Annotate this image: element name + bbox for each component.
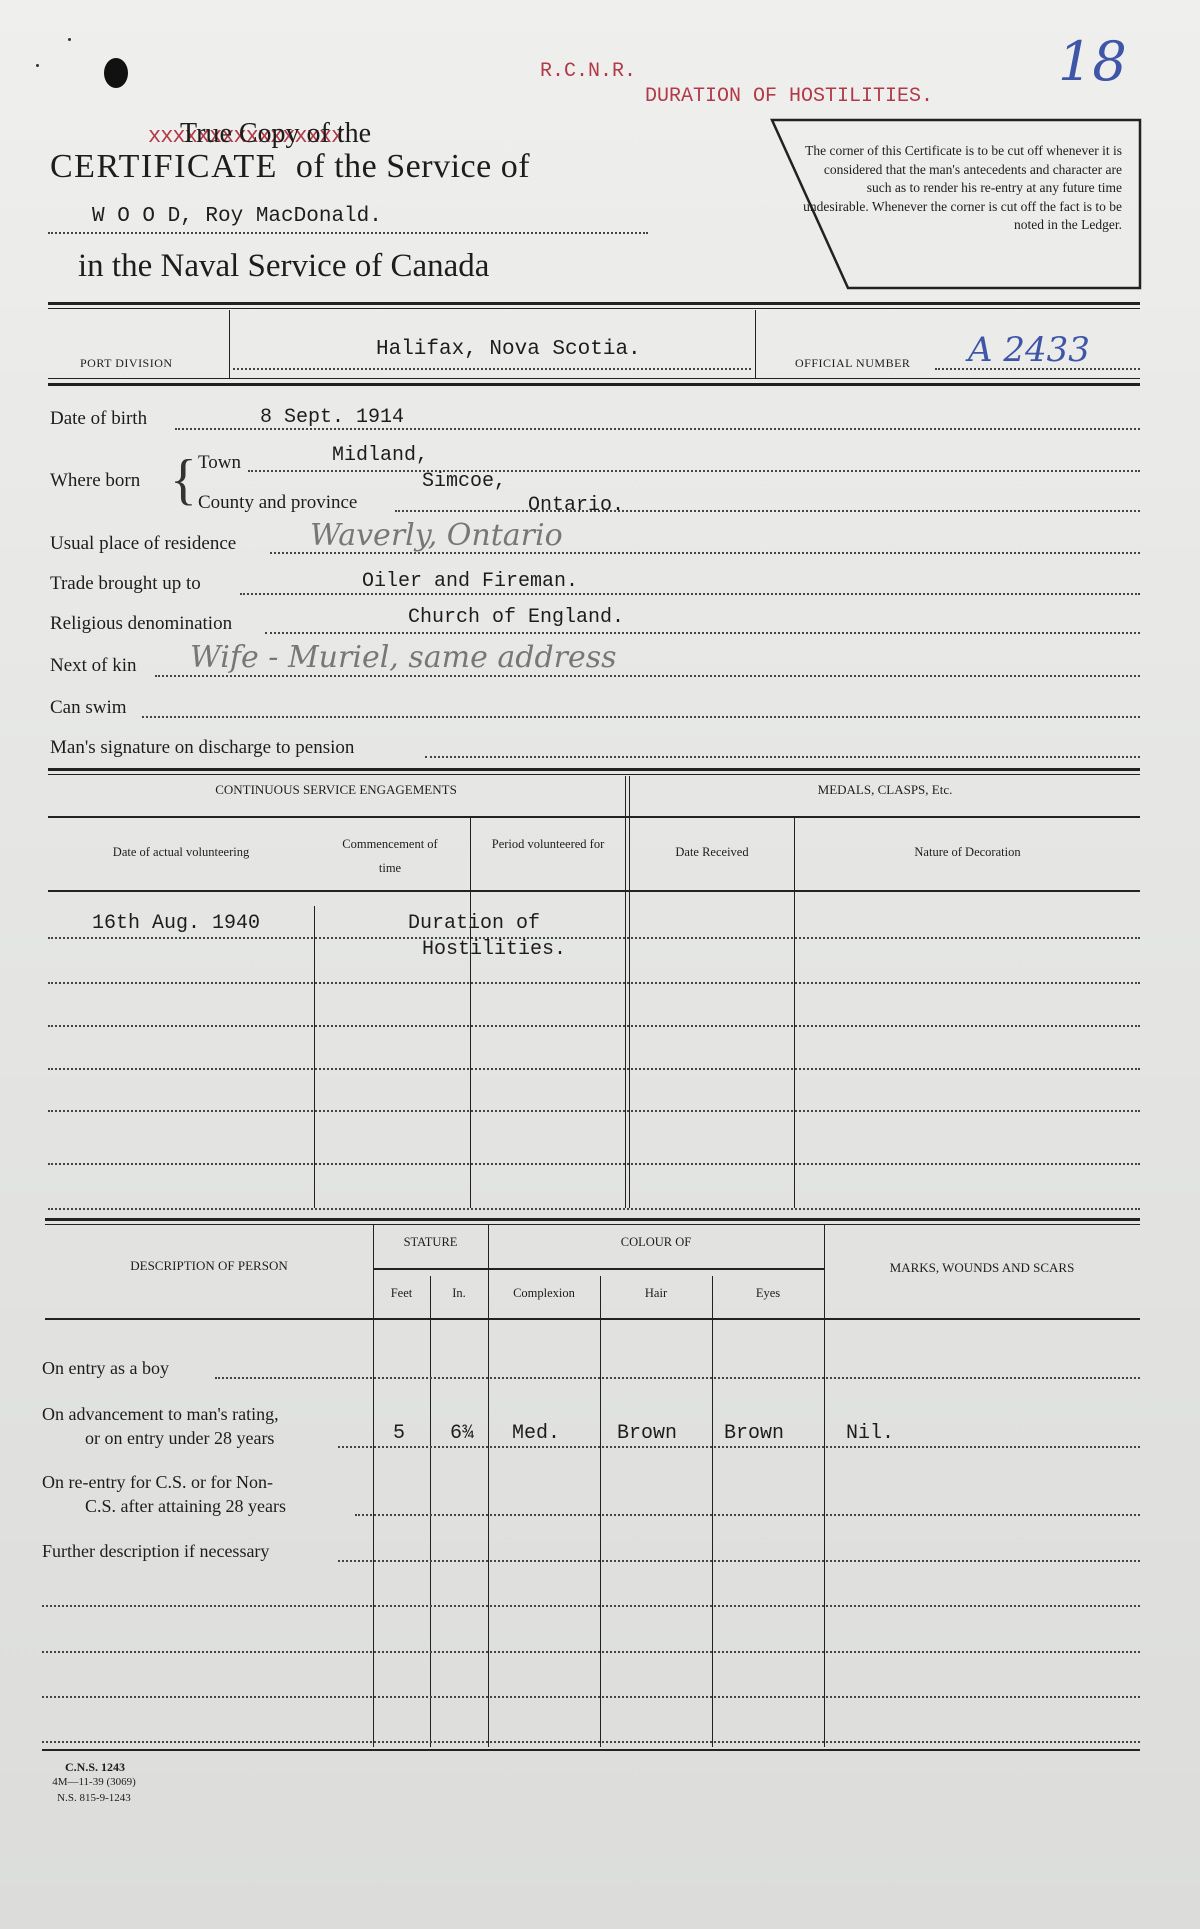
desc-row-line	[42, 1651, 1140, 1653]
kin-dotted	[155, 675, 1140, 677]
punch-hole	[104, 58, 128, 88]
description-rule-thin	[45, 1224, 1140, 1225]
corner-note-text: The corner of this Certificate is to be …	[800, 142, 1122, 235]
col-header-date-volunteering: Date of actual volunteering	[48, 845, 314, 860]
engagements-header-rule	[48, 890, 1140, 892]
engagements-subrule	[48, 816, 1140, 818]
colour-of-header: COLOUR OF	[488, 1235, 824, 1250]
certificate-rest: of the Service of	[296, 148, 530, 185]
desc-row-line	[338, 1446, 1140, 1448]
trade-value: Oiler and Fireman.	[362, 570, 578, 593]
col-divider	[470, 818, 471, 1208]
trade-label: Trade brought up to	[50, 573, 201, 595]
eyes-value: Brown	[724, 1422, 784, 1445]
signature-dotted	[425, 756, 1140, 758]
description-rule-thick	[45, 1218, 1140, 1221]
brace-icon: {	[170, 448, 197, 512]
engagements-rule-thick	[48, 768, 1140, 771]
inches-value: 6¾	[450, 1422, 474, 1445]
dob-label: Date of birth	[50, 408, 147, 430]
subtitle: in the Naval Service of Canada	[78, 248, 489, 285]
kin-label: Next of kin	[50, 655, 137, 677]
certificate-word: CERTIFICATE	[50, 148, 278, 185]
religion-value: Church of England.	[408, 606, 624, 629]
volunteer-date-value: 16th Aug. 1940	[92, 912, 260, 935]
dob-value: 8 Sept. 1914	[260, 406, 404, 429]
rule-top-thick	[48, 302, 1140, 305]
page-number: 18	[1058, 30, 1127, 93]
col-header-nature-decoration: Nature of Decoration	[795, 845, 1140, 860]
description-title: DESCRIPTION OF PERSON	[45, 1258, 373, 1274]
rule-top-thin	[48, 308, 1140, 309]
row-label-advancement-1: On advancement to man's rating,	[42, 1404, 279, 1425]
divider	[229, 310, 230, 378]
col-divider	[794, 818, 795, 1208]
engagement-row-line	[48, 1208, 1140, 1210]
town-dotted	[248, 470, 1140, 472]
stature-subrule	[373, 1268, 824, 1270]
form-code-line1: C.N.S. 1243	[50, 1760, 140, 1775]
medals-title: MEDALS, CLASPS, Etc.	[630, 782, 1140, 798]
hair-value: Brown	[617, 1422, 677, 1445]
county-value: Simcoe,	[422, 470, 506, 493]
desc-row-line	[355, 1514, 1140, 1516]
trade-dotted	[240, 593, 1140, 595]
desc-col-divider	[600, 1276, 601, 1747]
kin-value: Wife - Muriel, same address	[190, 640, 617, 675]
speck	[68, 38, 71, 41]
hair-header: Hair	[600, 1286, 712, 1301]
desc-col-divider	[373, 1224, 374, 1747]
row-label-advancement-2: or on entry under 28 years	[85, 1428, 274, 1449]
col-header-commencement: Commencement of time	[330, 832, 450, 880]
eyes-header: Eyes	[712, 1286, 824, 1301]
religion-label: Religious denomination	[50, 613, 232, 635]
name-dotted-line	[48, 232, 648, 234]
rule-bottom-thin	[48, 378, 1140, 379]
col-header-period: Period volunteered for	[484, 832, 612, 856]
province-value: Ontario.	[528, 494, 624, 517]
county-label: County and province	[198, 492, 357, 514]
town-value: Midland,	[332, 444, 428, 467]
form-code-line2: 4M—11-39 (3069)	[34, 1776, 154, 1788]
official-number-value: A 2433	[968, 330, 1090, 370]
complexion-header: Complexion	[488, 1286, 600, 1301]
engagements-rule-thin	[48, 774, 1140, 775]
engagement-row-line	[48, 982, 1140, 984]
port-division-label: PORT DIVISION	[80, 356, 173, 371]
section-divider	[625, 776, 626, 1208]
rule-bottom-thick	[48, 383, 1140, 386]
form-code-line3: N.S. 815-9-1243	[34, 1792, 154, 1804]
service-name: W O O D, Roy MacDonald.	[92, 205, 382, 228]
engagement-row-line	[48, 1025, 1140, 1027]
certificate-title: CERTIFICATE of the Service of	[50, 148, 530, 186]
official-number-label: OFFICIAL NUMBER	[795, 356, 910, 371]
period-line1-value: Duration of	[408, 912, 540, 935]
feet-header: Feet	[373, 1286, 430, 1301]
row-label-boy: On entry as a boy	[42, 1358, 169, 1379]
port-division-value: Halifax, Nova Scotia.	[376, 338, 641, 361]
desc-row-line	[42, 1696, 1140, 1698]
residence-label: Usual place of residence	[50, 533, 236, 555]
desc-row-line	[42, 1605, 1140, 1607]
swim-label: Can swim	[50, 697, 127, 719]
desc-col-divider	[824, 1224, 825, 1747]
marks-header: MARKS, WOUNDS AND SCARS	[824, 1260, 1140, 1276]
complexion-value: Med.	[512, 1422, 560, 1445]
period-line2-value: Hostilities.	[422, 938, 566, 961]
engagement-row-line	[48, 1068, 1140, 1070]
feet-value: 5	[393, 1422, 405, 1445]
true-copy-label: True Copy of the	[180, 118, 371, 150]
desc-col-divider	[488, 1224, 489, 1747]
description-header-rule	[45, 1318, 1140, 1320]
desc-col-divider	[430, 1276, 431, 1747]
where-born-label: Where born	[50, 470, 140, 492]
duration-stamp: DURATION OF HOSTILITIES.	[645, 85, 933, 108]
port-division-dotted	[233, 368, 751, 370]
description-bottom-rule	[42, 1749, 1140, 1751]
marks-value: Nil.	[846, 1422, 894, 1445]
divider	[755, 310, 756, 378]
row-label-reentry-2: C.S. after attaining 28 years	[85, 1496, 286, 1517]
engagement-row-line	[48, 937, 1140, 939]
stature-header: STATURE	[373, 1235, 488, 1250]
engagement-row-line	[48, 1110, 1140, 1112]
swim-dotted	[142, 716, 1140, 718]
col-header-date-received: Date Received	[630, 845, 794, 860]
religion-dotted	[265, 632, 1140, 634]
desc-col-divider	[712, 1276, 713, 1747]
county-dotted	[395, 510, 1140, 512]
residence-value: Waverly, Ontario	[310, 518, 563, 553]
section-divider	[629, 776, 630, 1208]
row-label-further: Further description if necessary	[42, 1541, 269, 1562]
signature-label: Man's signature on discharge to pension	[50, 737, 354, 759]
engagement-row-line	[48, 1163, 1140, 1165]
speck	[36, 64, 39, 67]
desc-row-line	[338, 1560, 1140, 1562]
rcnr-stamp: R.C.N.R.	[540, 60, 636, 83]
desc-row-line	[215, 1377, 1140, 1379]
row-label-reentry-1: On re-entry for C.S. or for Non-	[42, 1472, 273, 1493]
engagements-title: CONTINUOUS SERVICE ENGAGEMENTS	[48, 782, 624, 798]
inches-header: In.	[430, 1286, 488, 1301]
desc-row-line	[42, 1741, 1140, 1743]
town-label: Town	[198, 452, 241, 474]
